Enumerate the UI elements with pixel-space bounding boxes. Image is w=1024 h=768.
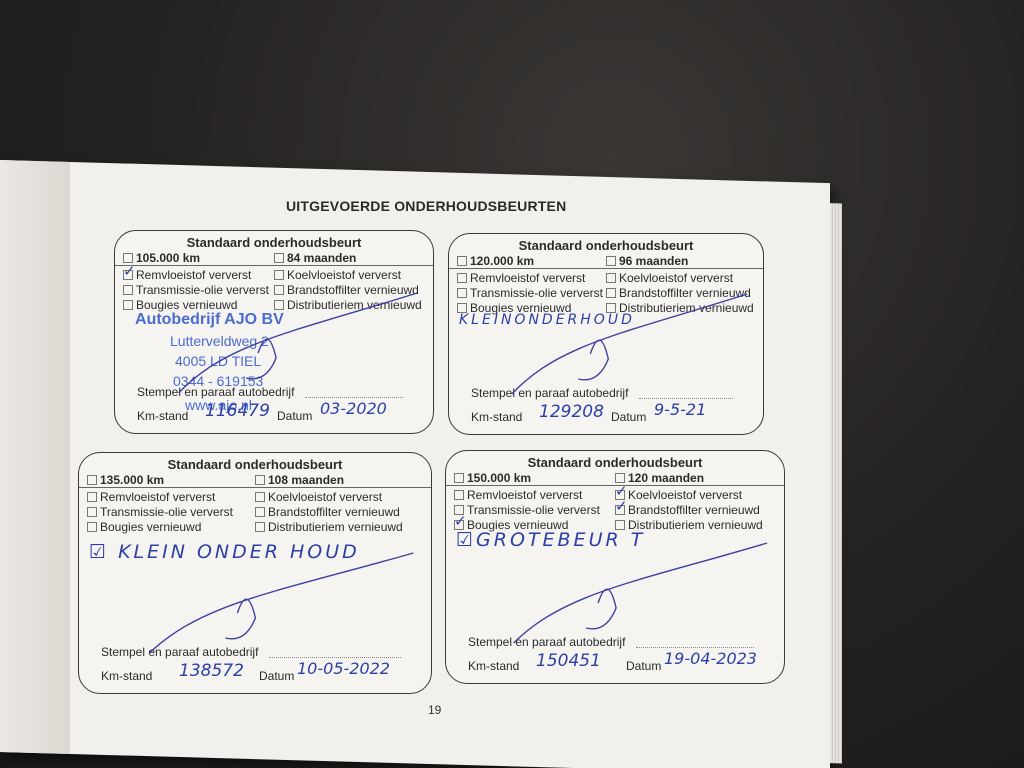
- left-page-edge: [0, 160, 70, 754]
- signature-icon: [115, 231, 433, 433]
- page-heading: UITGEVOERDE ONDERHOUDSBEURTEN: [286, 198, 566, 214]
- maintenance-card-2: Standaard onderhoudsbeurt120.000 km96 ma…: [448, 233, 764, 435]
- page-stack-edge: [830, 203, 842, 763]
- maintenance-card-3: Standaard onderhoudsbeurt135.000 km108 m…: [78, 452, 432, 694]
- maintenance-card-1: Standaard onderhoudsbeurt105.000 km84 ma…: [114, 230, 434, 434]
- signature-icon: [79, 453, 431, 693]
- signature-icon: [446, 451, 784, 683]
- maintenance-card-4: Standaard onderhoudsbeurt150.000 km120 m…: [445, 450, 785, 684]
- signature-icon: [449, 234, 763, 434]
- page-number: 19: [428, 703, 441, 717]
